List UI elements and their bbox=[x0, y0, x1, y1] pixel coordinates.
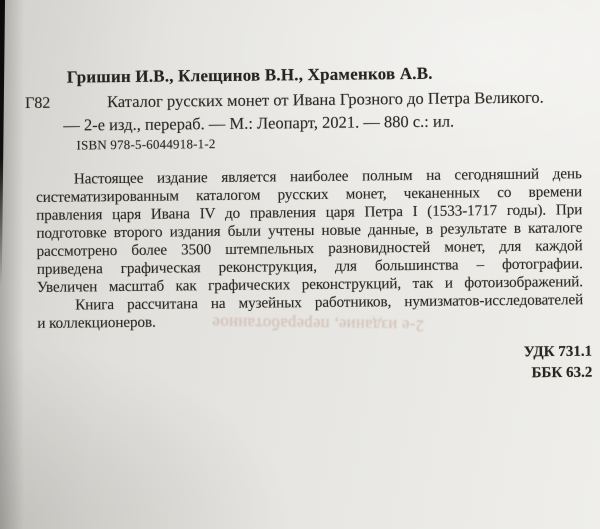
index-code: Г82 bbox=[25, 94, 50, 114]
bbk-code: ББК 63.2 bbox=[524, 363, 592, 385]
catalog-entry-block: Г82 Каталог русских монет от Ивана Грозн… bbox=[35, 85, 582, 154]
authors-line: Гришин И.В., Клещинов В.Н., Храменков А.… bbox=[67, 62, 581, 87]
book-imprint-page: Гришин И.В., Клещинов В.Н., Храменков А.… bbox=[0, 0, 600, 529]
udk-code: УДК 731.1 bbox=[524, 342, 592, 364]
annotation-paragraph-2: Книга рассчитана на музейных работников,… bbox=[37, 291, 583, 333]
classification-codes: УДК 731.1 ББК 63.2 bbox=[524, 342, 593, 385]
annotation-paragraph-1: Настоящее издание является наиболее полн… bbox=[36, 165, 583, 297]
catalog-entry: Каталог русских монет от Ивана Грозного … bbox=[63, 85, 581, 136]
imprint-content: Гришин И.В., Клещинов В.Н., Храменков А.… bbox=[0, 0, 600, 333]
